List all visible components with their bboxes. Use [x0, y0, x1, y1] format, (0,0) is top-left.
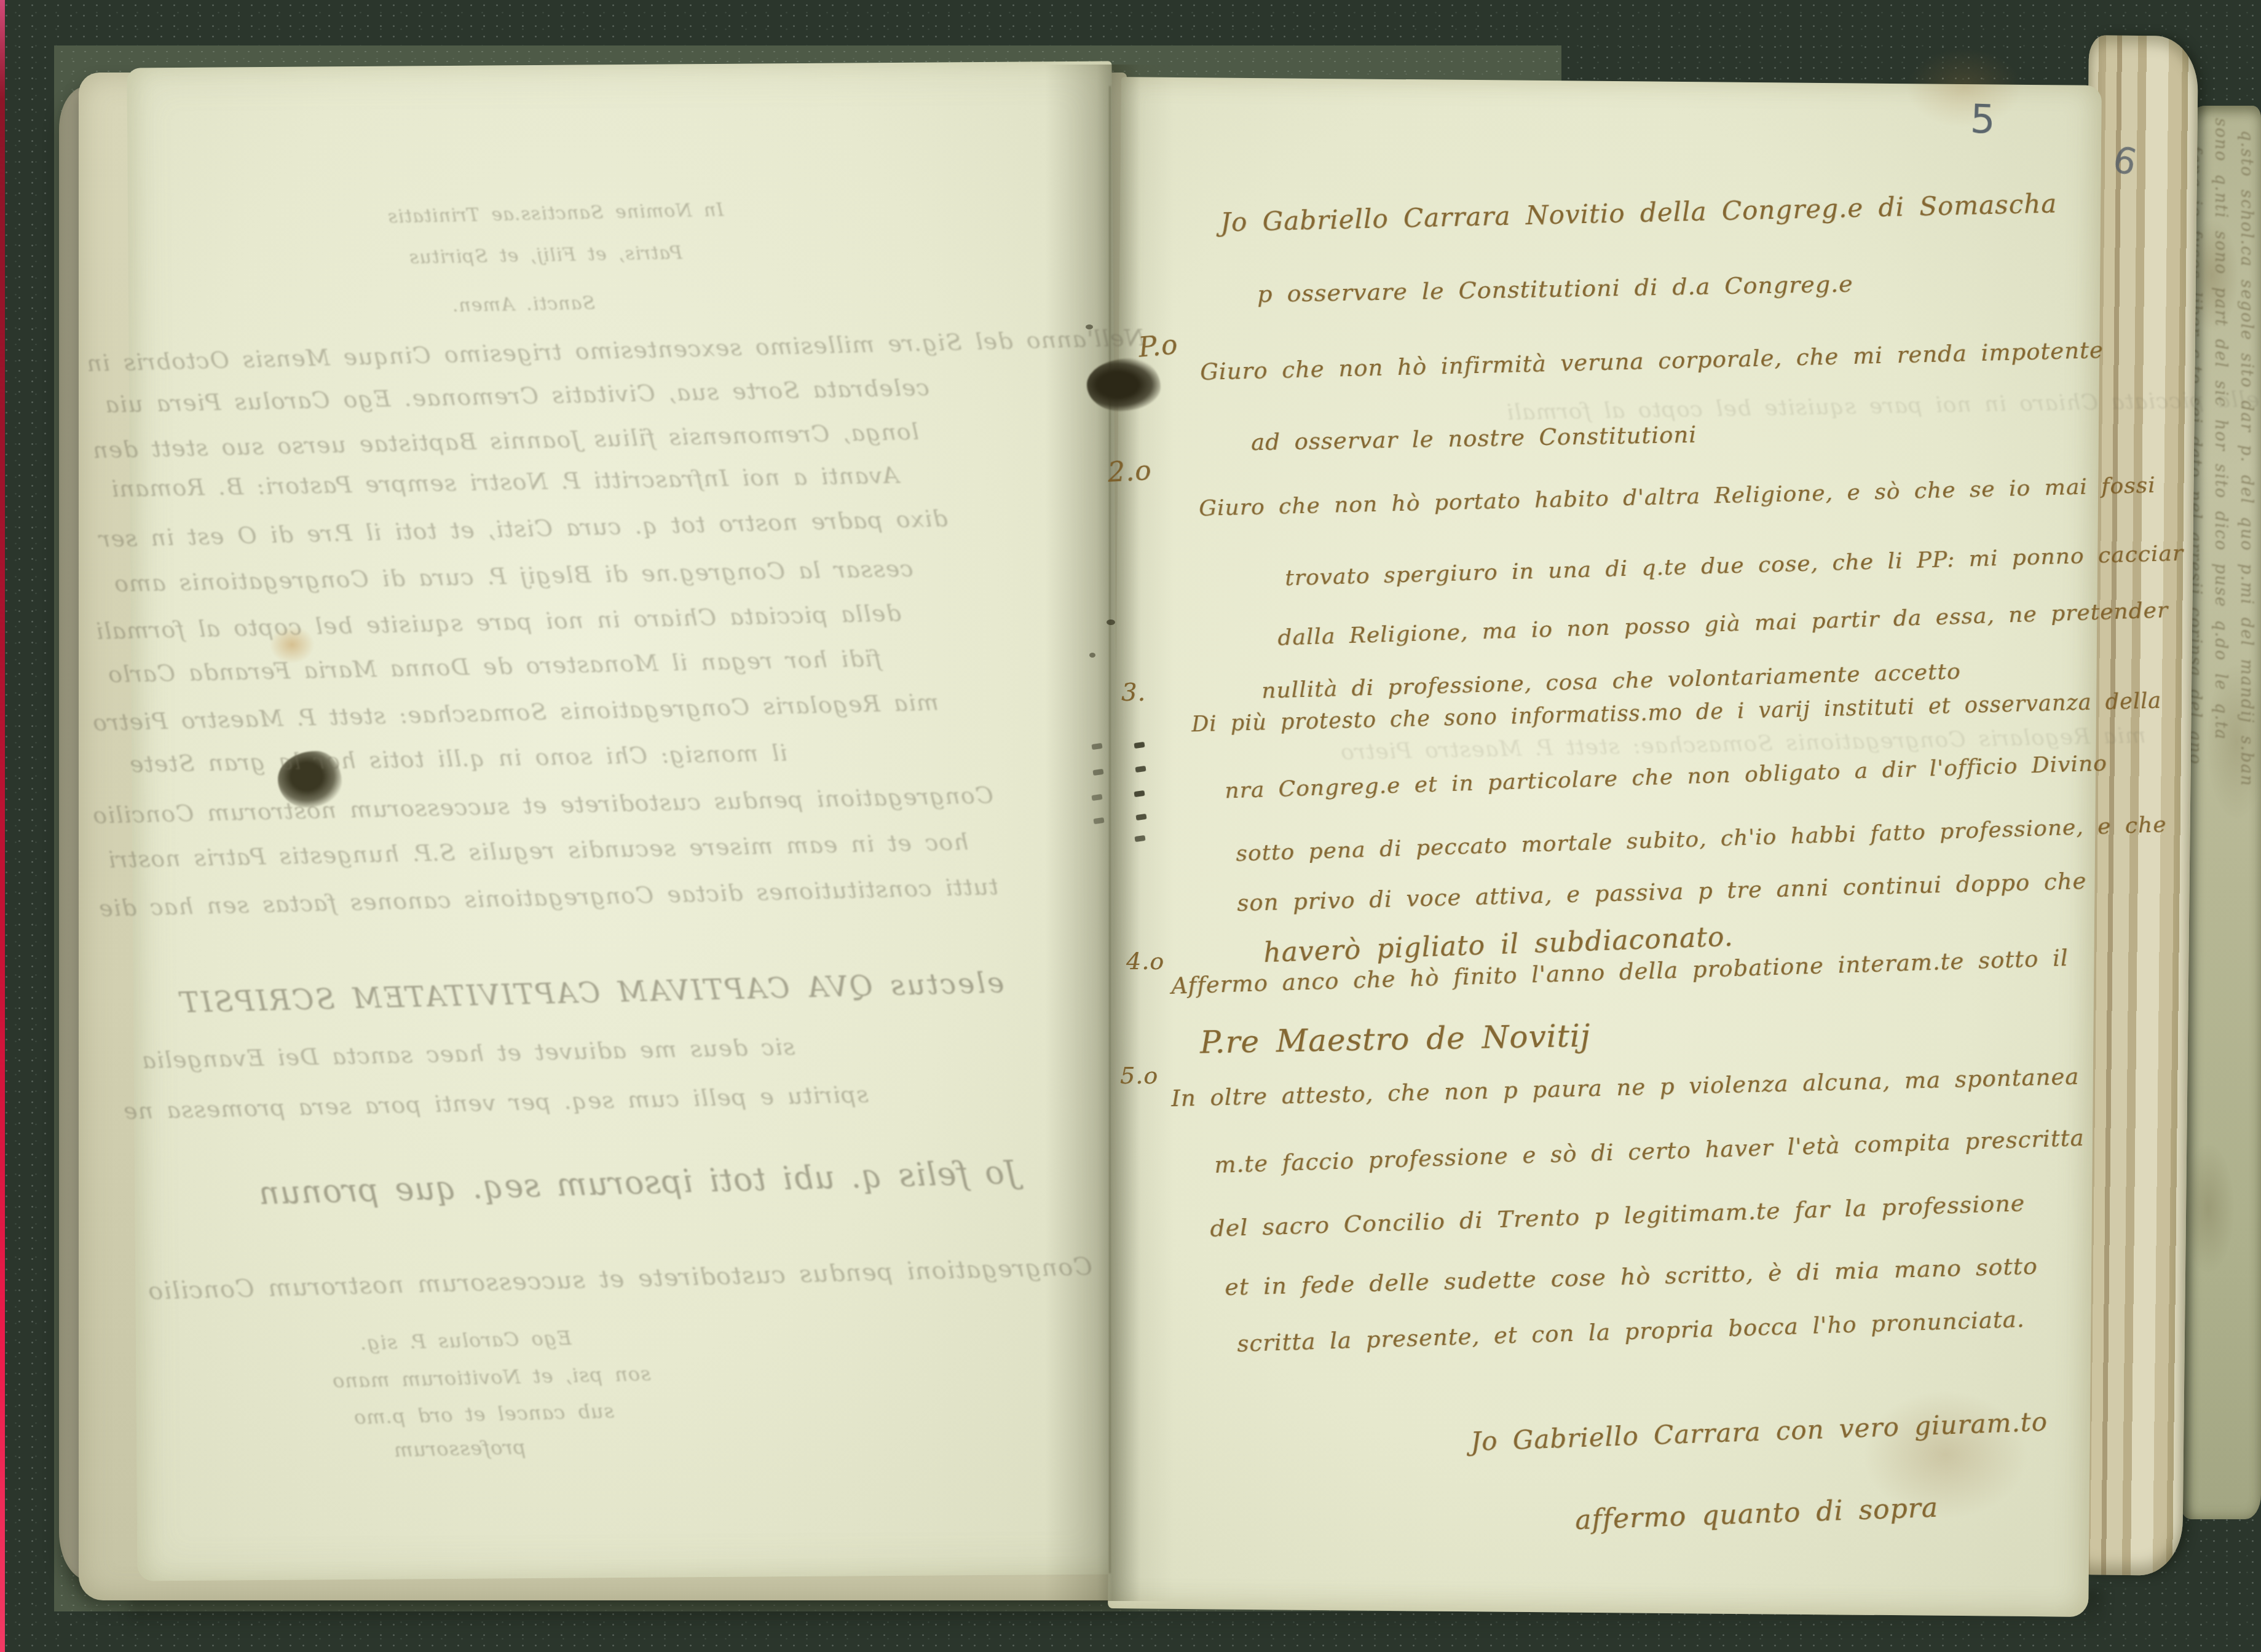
item-marker: 5.o [1120, 1062, 1158, 1089]
item-marker: 4.o [1126, 948, 1164, 975]
gutter-crease [1109, 86, 1111, 1573]
scanner-red-edge-strip [0, 0, 5, 1652]
manuscript-line: P.re Maestro de Novitij [1200, 1018, 1591, 1060]
side-leaf-fragment: sono q.nti sono part del sic hor sito di… [2211, 118, 2230, 741]
item-marker: P.o [1137, 329, 1179, 363]
bleedthrough-signature: professorum [393, 1436, 526, 1461]
ink-speck [1089, 653, 1095, 658]
ink-speck [1107, 619, 1115, 625]
bleedthrough-line: Sancti. Amen. [452, 293, 596, 317]
paper-stain [1906, 48, 2022, 128]
item-marker: 3. [1121, 678, 1146, 707]
folio-number: 5 [1970, 96, 1996, 143]
manuscript-scan: q.sto schol.ca segole sito dar p. del qu… [0, 0, 2261, 1652]
side-leaf-fragment: q.sto schol.ca segole sito dar p. del qu… [2237, 130, 2256, 787]
item-marker: 2.o [1107, 455, 1153, 489]
